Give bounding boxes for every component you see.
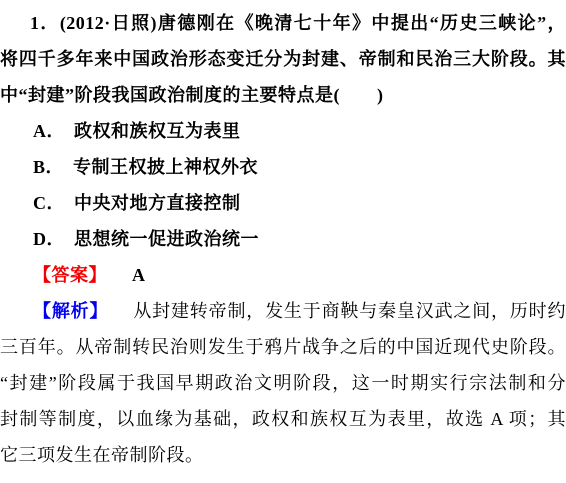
answer-label: 【答案】 xyxy=(33,265,107,285)
analysis-text-line-5: 它三项发生在帝制阶段。 xyxy=(0,437,566,473)
answer-row: 【答案】A xyxy=(0,257,566,293)
answer-value: A xyxy=(132,265,146,285)
option-b: B．专制王权披上神权外衣 xyxy=(0,149,566,185)
option-d: D．思想统一促进政治统一 xyxy=(0,221,566,257)
option-c: C．中央对地方直接控制 xyxy=(0,185,566,221)
option-d-label: D． xyxy=(33,229,65,249)
question-line-1: 1．(2012·日照)唐德刚在《晚清七十年》中提出“历史三峡论”， xyxy=(0,5,566,41)
option-a: A．政权和族权互为表里 xyxy=(0,113,566,149)
option-a-label: A． xyxy=(33,121,65,141)
analysis-row-1: 【解析】从封建转帝制，发生于商鞅与秦皇汉武之间，历时约 xyxy=(0,293,566,329)
option-c-label: C． xyxy=(33,193,65,213)
question-line-2: 将四千多年来中国政治形态变迁分为封建、帝制和民治三大阶段。其 xyxy=(0,41,566,77)
option-b-text: 专制王权披上神权外衣 xyxy=(73,157,258,177)
option-a-text: 政权和族权互为表里 xyxy=(74,121,241,141)
analysis-text-line-1: 从封建转帝制，发生于商鞅与秦皇汉武之间，历时约 xyxy=(133,301,566,321)
option-b-label: B． xyxy=(33,157,64,177)
analysis-text-line-3: “封建”阶段属于我国早期政治文明阶段，这一时期实行宗法制和分 xyxy=(0,365,566,401)
analysis-text-line-4: 封制等制度，以血缘为基础，政权和族权互为表里，故选 A 项；其 xyxy=(0,401,566,437)
option-d-text: 思想统一促进政治统一 xyxy=(74,229,259,249)
question-line-3: 中“封建”阶段我国政治制度的主要特点是( ) xyxy=(0,77,566,113)
analysis-text-line-2: 三百年。从帝制转民治则发生于鸦片战争之后的中国近现代史阶段。 xyxy=(0,329,566,365)
exam-question-page: 1．(2012·日照)唐德刚在《晚清七十年》中提出“历史三峡论”， 将四千多年来… xyxy=(0,0,566,483)
analysis-label: 【解析】 xyxy=(33,301,108,321)
option-c-text: 中央对地方直接控制 xyxy=(74,193,241,213)
